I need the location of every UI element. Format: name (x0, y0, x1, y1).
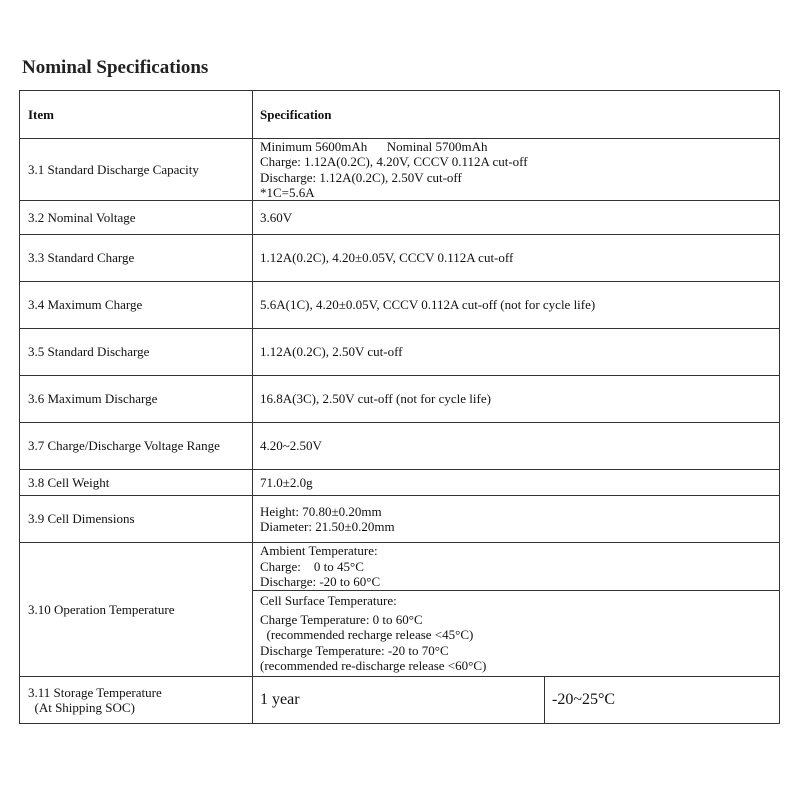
spec-line: 4.20~2.50V (260, 438, 779, 454)
header-item: Item (20, 91, 253, 138)
spec-line: 16.8A(3C), 2.50V cut-off (not for cycle … (260, 391, 779, 407)
table-header-row: Item Specification (20, 91, 779, 138)
table-row: 3.9 Cell Dimensions Height: 70.80±0.20mm… (20, 495, 779, 542)
spec-line: Discharge: 1.12A(0.2C), 2.50V cut-off (260, 170, 779, 186)
spec-cell: Height: 70.80±0.20mm Diameter: 21.50±0.2… (253, 496, 779, 542)
surface-temperature-block: Cell Surface Temperature: Charge Tempera… (253, 590, 779, 676)
spec-line: 5.6A(1C), 4.20±0.05V, CCCV 0.112A cut-of… (260, 297, 779, 313)
item-line: 3.11 Storage Temperature (28, 685, 162, 701)
spec-line: Cell Surface Temperature: (260, 593, 779, 609)
spec-line: Ambient Temperature: (260, 543, 779, 559)
storage-duration: 1 year (253, 677, 545, 723)
spec-line: Discharge: -20 to 60°C (260, 574, 779, 590)
spec-line: 71.0±2.0g (260, 475, 779, 491)
item-cell: 3.1 Standard Discharge Capacity (20, 139, 253, 200)
table-row: 3.3 Standard Charge 1.12A(0.2C), 4.20±0.… (20, 234, 779, 281)
item-cell: 3.6 Maximum Discharge (20, 376, 253, 422)
spec-line: *1C=5.6A (260, 185, 779, 201)
item-cell: 3.8 Cell Weight (20, 470, 253, 495)
spec-cell: 1 year -20~25°C (253, 677, 779, 723)
spec-line: 1.12A(0.2C), 4.20±0.05V, CCCV 0.112A cut… (260, 250, 779, 266)
item-line: (At Shipping SOC) (28, 700, 135, 716)
spec-cell: 3.60V (253, 201, 779, 234)
table-row: 3.7 Charge/Discharge Voltage Range 4.20~… (20, 422, 779, 469)
spec-line: Charge Temperature: 0 to 60°C (260, 612, 779, 628)
spec-cell: 4.20~2.50V (253, 423, 779, 469)
spec-cell: Ambient Temperature: Charge: 0 to 45°C D… (253, 543, 779, 676)
spec-line: Height: 70.80±0.20mm (260, 504, 779, 520)
table-row: 3.10 Operation Temperature Ambient Tempe… (20, 542, 779, 676)
table-row: 3.1 Standard Discharge Capacity Minimum … (20, 138, 779, 200)
spec-line: (recommended re-discharge release <60°C) (260, 658, 779, 674)
spec-line: (recommended recharge release <45°C) (260, 627, 779, 643)
storage-range: -20~25°C (545, 677, 615, 723)
page-title: Nominal Specifications (22, 57, 208, 79)
spec-line: Discharge Temperature: -20 to 70°C (260, 643, 779, 659)
spec-cell: 16.8A(3C), 2.50V cut-off (not for cycle … (253, 376, 779, 422)
item-cell: 3.4 Maximum Charge (20, 282, 253, 328)
table-row: 3.6 Maximum Discharge 16.8A(3C), 2.50V c… (20, 375, 779, 422)
spec-table: Item Specification 3.1 Standard Discharg… (19, 90, 780, 724)
item-cell: 3.7 Charge/Discharge Voltage Range (20, 423, 253, 469)
item-cell: 3.11 Storage Temperature (At Shipping SO… (20, 677, 253, 723)
spec-cell: 1.12A(0.2C), 2.50V cut-off (253, 329, 779, 375)
header-specification: Specification (253, 91, 779, 138)
spec-cell: Minimum 5600mAh Nominal 5700mAh Charge: … (253, 139, 779, 200)
table-row: 3.4 Maximum Charge 5.6A(1C), 4.20±0.05V,… (20, 281, 779, 328)
spec-line: 1.12A(0.2C), 2.50V cut-off (260, 344, 779, 360)
spec-line: 3.60V (260, 210, 779, 226)
table-row: 3.11 Storage Temperature (At Shipping SO… (20, 676, 779, 723)
ambient-temperature-block: Ambient Temperature: Charge: 0 to 45°C D… (253, 543, 779, 590)
spec-line: Charge: 0 to 45°C (260, 559, 779, 575)
spec-cell: 5.6A(1C), 4.20±0.05V, CCCV 0.112A cut-of… (253, 282, 779, 328)
spec-cell: 1.12A(0.2C), 4.20±0.05V, CCCV 0.112A cut… (253, 235, 779, 281)
item-cell: 3.10 Operation Temperature (20, 543, 253, 676)
table-row: 3.5 Standard Discharge 1.12A(0.2C), 2.50… (20, 328, 779, 375)
spec-line: Charge: 1.12A(0.2C), 4.20V, CCCV 0.112A … (260, 154, 779, 170)
spec-cell: 71.0±2.0g (253, 470, 779, 495)
table-row: 3.8 Cell Weight 71.0±2.0g (20, 469, 779, 495)
spec-line: Diameter: 21.50±0.20mm (260, 519, 779, 535)
item-cell: 3.5 Standard Discharge (20, 329, 253, 375)
spec-line: Minimum 5600mAh Nominal 5700mAh (260, 139, 779, 155)
table-row: 3.2 Nominal Voltage 3.60V (20, 200, 779, 234)
item-cell: 3.9 Cell Dimensions (20, 496, 253, 542)
item-cell: 3.3 Standard Charge (20, 235, 253, 281)
item-cell: 3.2 Nominal Voltage (20, 201, 253, 234)
